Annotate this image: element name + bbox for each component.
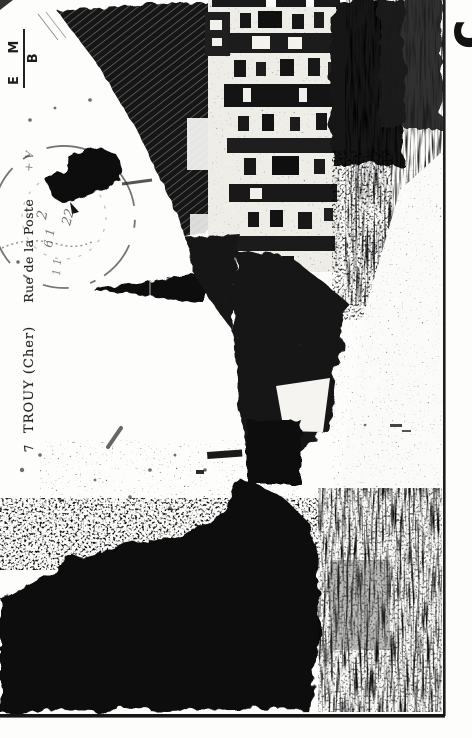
caption-line: 7TROUY (Cher)Rue de la Poste	[21, 199, 37, 452]
handwritten-corner-mark: C	[452, 21, 472, 48]
postmark-ink-blob	[46, 148, 122, 203]
postmark-scribble-top: + V	[22, 149, 37, 172]
postmark-ink-tail	[122, 180, 152, 184]
postmark-digit-b: 22	[59, 207, 78, 228]
card-number: 7	[22, 443, 37, 452]
photo-street-scene	[0, 0, 472, 738]
photo-building-facades	[205, 0, 340, 272]
postcard-scan: + V 2 22 6 1 1 1 E M B 7TROUY (Cher)Rue …	[0, 0, 472, 738]
publisher-mark-initials: E M	[7, 29, 25, 88]
scan-corner-blemish	[0, 0, 13, 10]
caption-place: TROUY (Cher)	[22, 326, 37, 433]
postmark-digit-d: 1 1	[50, 258, 64, 276]
photo-foreground-road-texture	[318, 488, 442, 712]
publisher-mark: E M B	[7, 29, 41, 88]
caption-street: Rue de la Poste	[21, 199, 36, 303]
photo-tree-mass	[0, 440, 320, 712]
postmark-digit-c: 6 1	[41, 228, 58, 249]
publisher-mark-letter: B	[25, 29, 41, 88]
